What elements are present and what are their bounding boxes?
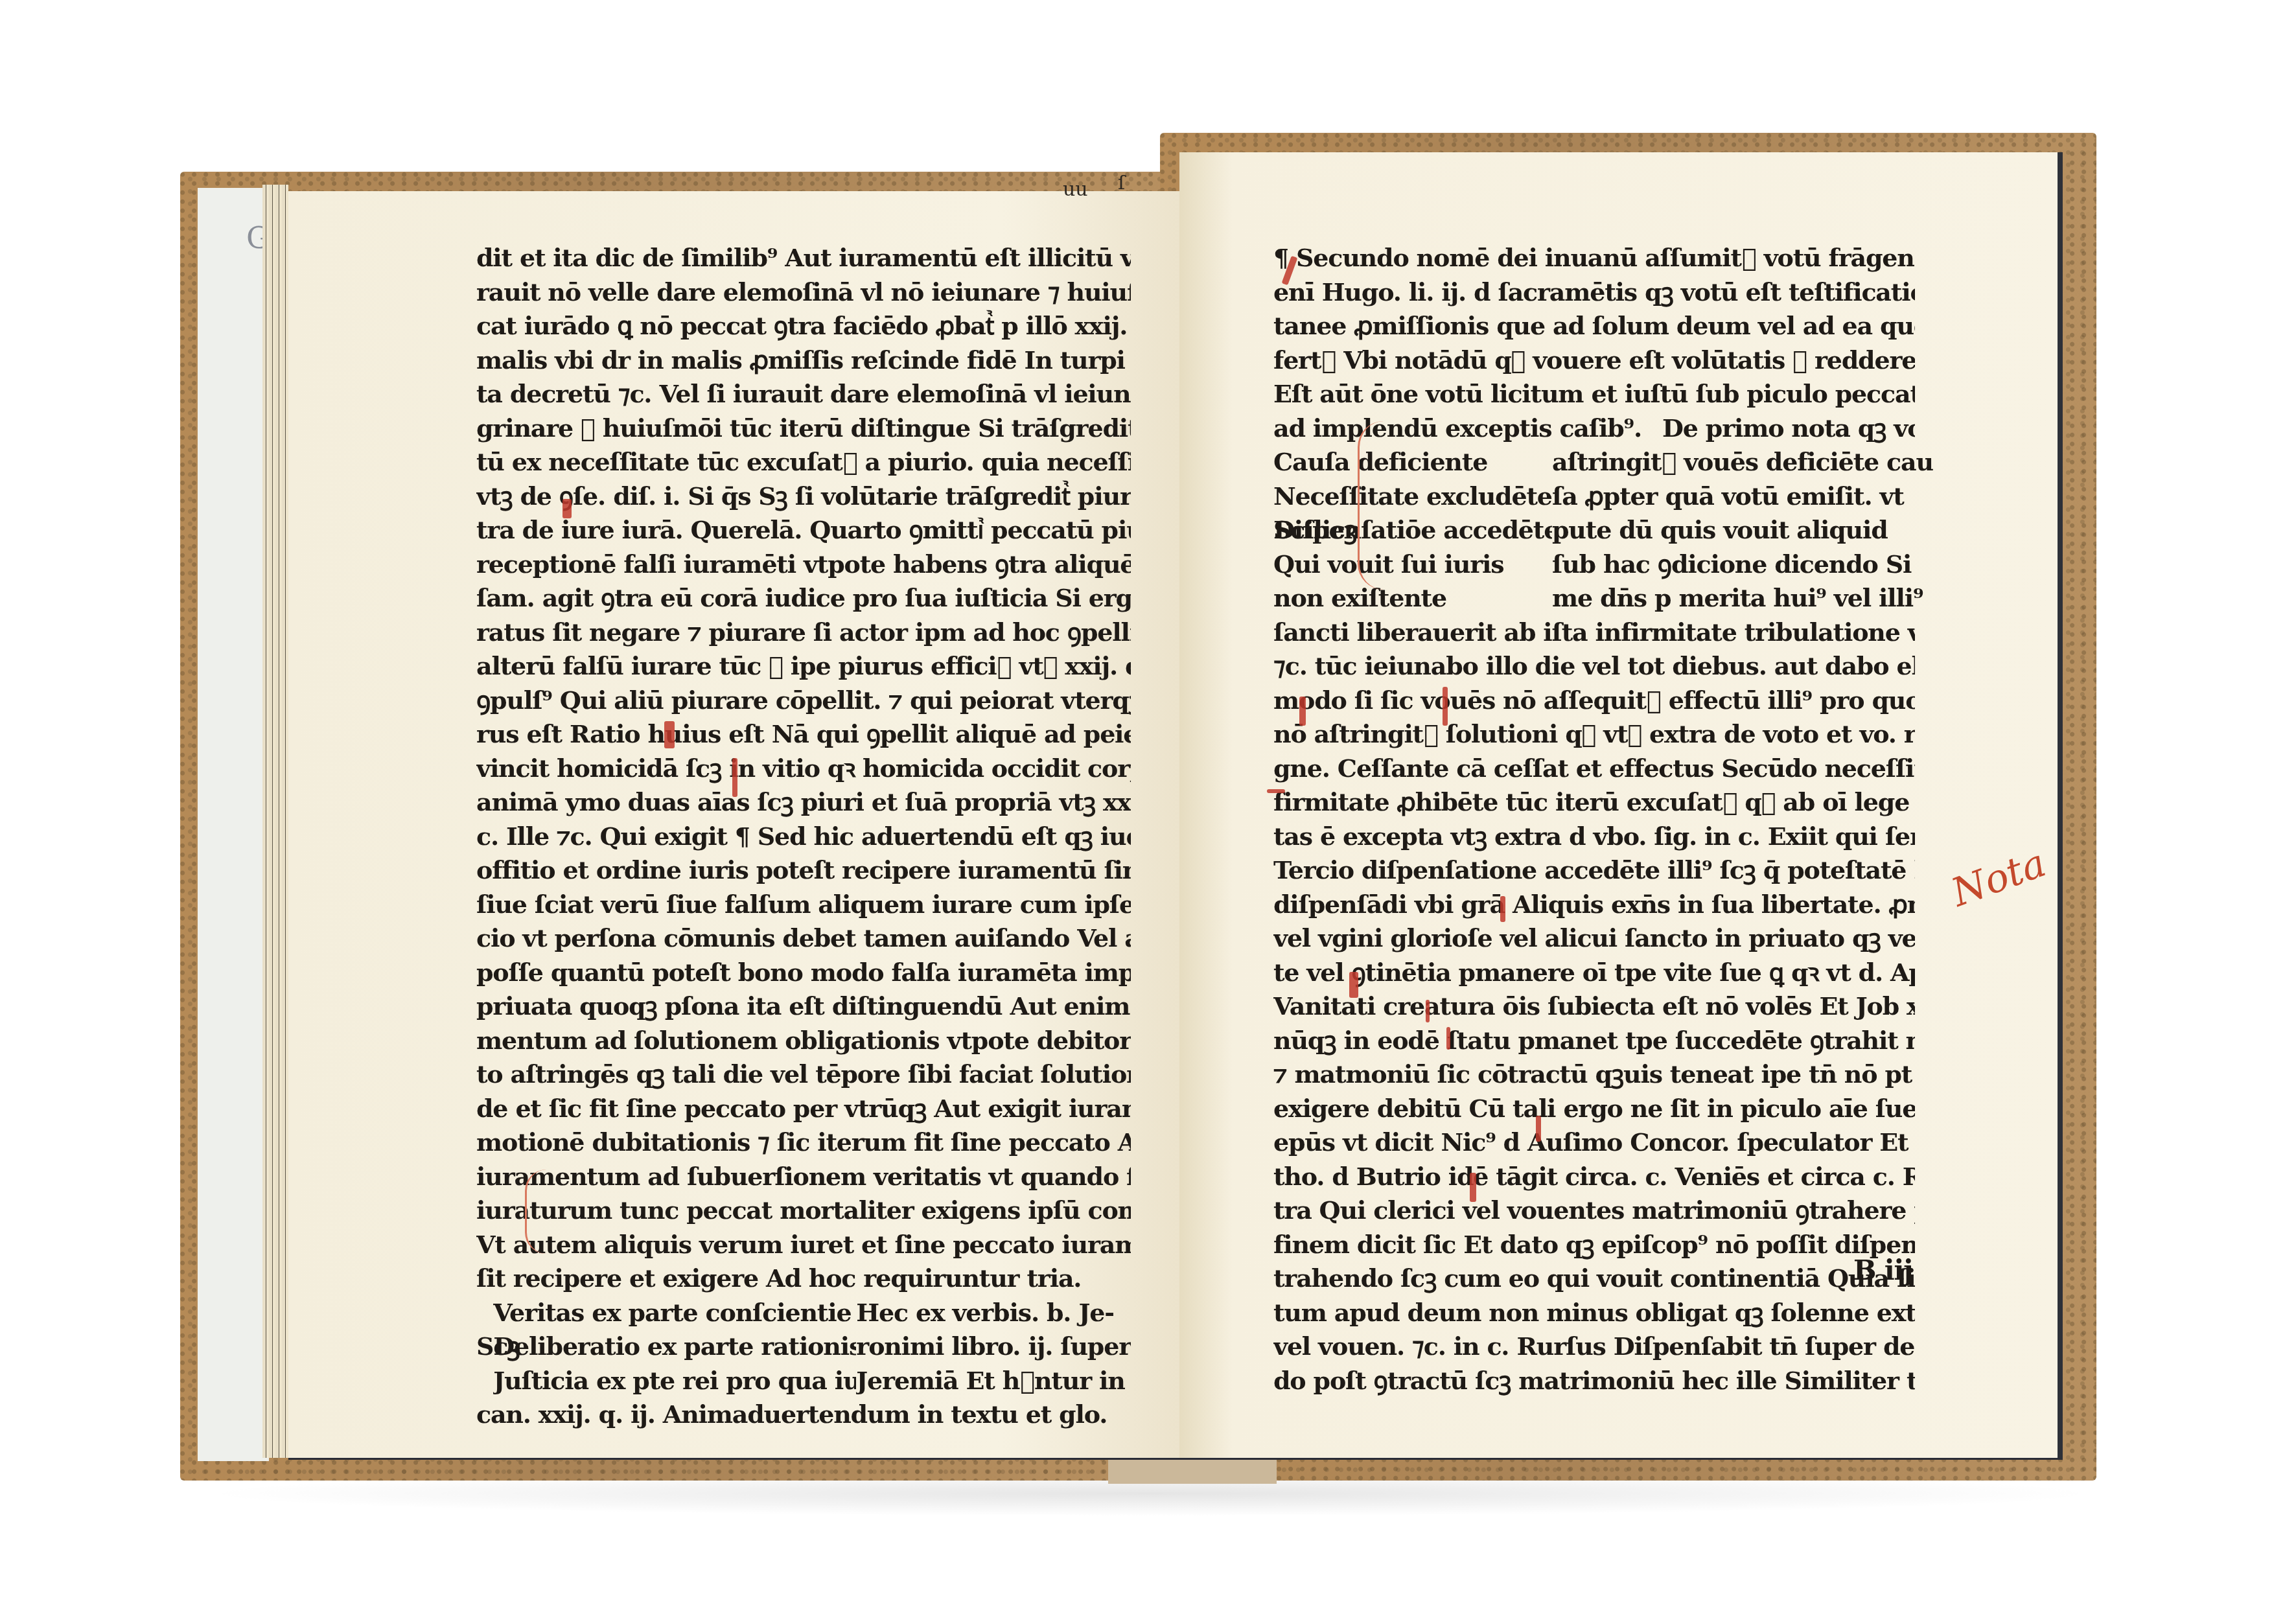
text-line: rus eſt Ratio huius eſt Nā qui ꝯpellit a… [476,717,1131,752]
table-item: Cauſa deficiente [1273,445,1552,479]
text-line: ⁊c. tūc ieiunabo illo die vel tot diebus… [1273,649,1915,684]
red-brace [525,1170,546,1254]
text-line: ſub hac ꝯdicione dicendo Si [1552,548,1933,582]
brace-label: Scilicꝫ [1273,513,1356,548]
right-page-text: ¶ Secundo nomē dei inuanū aſſumitᷣ votū … [1273,241,1915,1398]
text-line: vel vgini glorioſe vel alicui ſancto in … [1273,921,1915,956]
text-line: to aſtringēs qꝫ tali die vel tēpore ſibi… [476,1057,1131,1092]
text-line: ſit recipere et exigere Ad hoc requirunt… [476,1262,1131,1296]
text-line: finem dicit ſic Et dato qꝫ epiſcop⁹ nō p… [1273,1228,1915,1262]
text-line: tho. d Butrio idē tāgit circa. c. Veniēs… [1273,1160,1915,1194]
red-brace [1358,421,1386,590]
text-line: priuata quoqꝫ pſona ita eſt diſtinguendū… [476,989,1131,1024]
text-line: c. Ille ⁊c. Qui exigit ¶ Sed hic aduerte… [476,820,1131,854]
text-line: ꝯpulſ⁹ Qui aliū piurare cōpellit. ⁊ qui … [476,684,1131,718]
text-line: Vanitati creatura ōis ſubiecta eſt nō vo… [1273,989,1915,1024]
text-line: ¶ Secundo nomē dei inuanū aſſumitᷣ votū … [1273,241,1915,275]
text-line: modo ſi ſic vouēs nō aſſequitᷣ effectū i… [1273,684,1915,718]
text-line: tū ex neceſſitate tūc excuſatᷣ a piurio.… [476,445,1131,479]
text-line: dit et ita dic de ſimilib⁹ Aut iuramentū… [476,241,1131,275]
text-line: ratus ſit negare ⁊ piurare ſi actor ipm … [476,616,1131,650]
text-line: De primo nota qꝫ voto non [1662,411,1915,446]
text-line: exigere debitū Cū tali ergo ne ſit in pi… [1273,1092,1915,1126]
text-line: vel vouen. ⁊c. in c. Rurſus Diſpenſabit … [1273,1330,1915,1364]
table-item: Veritas ex parte conſcientie [493,1296,856,1330]
text-line: receptionē falſi iuramēti vtpote habens … [476,548,1131,582]
text-line: vtꝫ de ꝯſe. diſ. i. Si q̄s Sꝫ ſi volūtar… [476,479,1131,514]
left-page-text: dit et ita dic de ſimilib⁹ Aut iuramentū… [476,241,1131,1432]
rubric-stroke [1446,1027,1450,1050]
top-mark-2: ſ [1118,172,1125,194]
page-edges [262,185,288,1458]
text-line: tra de iure iurā. Querelā. Quarto ꝯmitti… [476,513,1131,548]
text-line: tas ē excepta vtꝫ extra d vbo. ſig. in c… [1273,820,1915,854]
text-line: offitio et ordine iuris poteſt recipere … [476,853,1131,888]
text-line: ſa ꝓpter quā votū emiſit. vt [1552,479,1933,514]
text-line: ſancti liberauerit ab iſta infirmitate t… [1273,616,1915,650]
text-line: ad implendū exceptis caſib⁹. [1273,411,1662,446]
text-line: iuraturum tunc peccat mortaliter exigens… [476,1194,1131,1228]
text-line: rauit nō velle dare elemoſinā vl nō ieiu… [476,275,1131,310]
table-item: Neceſſitate excludēte [1273,479,1552,514]
flyleaf [198,188,269,1461]
text-line: tanee ꝓmiſſionis que ad ſolum deum vel a… [1273,309,1915,343]
text-line: nūqꝫ in eodē ſtatu pmanet tpe ſuccedēte … [1273,1024,1915,1058]
text-line: cio vt perſona cōmunis debet tamen auiſa… [476,921,1131,956]
text-line: iuramentum ad ſubuerſionem veritatis vt … [476,1160,1131,1194]
text-line: poſſe quantū poteſt bono modo falſa iura… [476,956,1131,990]
rubric-stroke [1500,896,1505,922]
text-line: Tercio diſpenſatione accedēte illi⁹ ſcꝫ … [1273,853,1915,888]
table-item: Qui vouit ſui iuris [1273,548,1552,582]
rubric-stroke [1470,1173,1476,1202]
table-item: non exiſtente [1273,581,1552,616]
text-line: firmitate ꝓhibēte tūc iterū excuſatᷣ qꝛ … [1273,785,1915,820]
rubric-stroke [1536,1116,1541,1142]
text-line: ta decretū ⁊c. Vel ſi iurauit dare elemo… [476,377,1131,411]
text-line: do poſt ꝯtractū ſcꝫ matrimoniū hec ille … [1273,1364,1915,1398]
text-line: diſpenſādi vbi grā Aliquis exn̄s in ſua … [1273,888,1915,922]
text-line: alterū falſū iurare tūc ⁊ ipe piurus eff… [476,649,1131,684]
text-line: de et ſic fit ſine peccato per vtrūqꝫ Au… [476,1092,1131,1126]
table-item: Deliberatio ex parte rationis [493,1330,856,1364]
text-line: Vt autem aliquis verum iuret et ſine pec… [476,1228,1131,1262]
text-line: ⁊ matmoniū ſic cōtractū qꝫuis teneat ipe… [1273,1057,1915,1092]
top-mark-1: uu [1063,178,1088,201]
text-line: malis vbi dr in malis ꝓmiſſis reſcinde f… [476,343,1131,378]
text-line: fertᷣ Vbi notādū qꝫ vouere eſt volūtatis… [1273,343,1915,378]
brace-label: Scꝫ [476,1330,519,1364]
text-line: pute dū quis vouit aliquid [1552,513,1933,548]
text-line: can. xxij. q. ij. Animaduertendum in tex… [476,1398,1131,1432]
text-line: cat iurādo ꝗ nō peccat ꝯtra faciēdo ꝓbat… [476,309,1131,343]
table-item: Juſticia ex pte rei pro qua iuratᷣ [493,1364,856,1398]
text-line: mentum ad ſolutionem obligationis vtpote… [476,1024,1131,1058]
text-line: animā ymo duas aīas ſcꝫ piuri et ſuā pro… [476,785,1131,820]
spine [1108,1458,1277,1484]
text-line: epūs vt dicit Nic⁹ d Auſimo Concor. ſpec… [1273,1125,1915,1160]
text-line: gne. Ceſſante cā ceſſat et effectus Secū… [1273,752,1915,786]
table-source: ronimi libro. ij. ſuper [856,1330,1131,1364]
rubric-stroke [1426,1000,1430,1022]
text-line: me dn̄s p merita hui⁹ vel illi⁹ [1552,581,1933,616]
rubric-stroke [1443,687,1448,726]
text-line: tra Qui clerici vel vouentes matrimoniū … [1273,1194,1915,1228]
table-source: Hec ex verbis. b. Je- [856,1296,1131,1330]
text-line: nō aſtringitᷣ ſolutioni qꝛ vtꝫ extra de … [1273,717,1915,752]
text-line: te vel ꝯtinētia pmanere oī tpe vite ſue … [1273,956,1915,990]
signature-mark: B iij [1853,1254,1912,1288]
rubric-stroke [1267,789,1285,793]
rubric-stroke [1299,697,1306,726]
text-line: aſtringitᷣ vouēs deficiēte cau [1552,445,1933,479]
text-line: motionē dubitationis ⁊ ſic iterum fit ſi… [476,1125,1131,1160]
text-line: trahendo ſcꝫ cum eo qui vouit continenti… [1273,1262,1915,1296]
text-line: ſam. agit ꝯtra eū corā iudice pro ſua iu… [476,581,1131,616]
rubric-mark [562,499,572,518]
text-line: enī Hugo. li. ij. d ſacramētis qꝫ votū e… [1273,275,1915,310]
text-line: tum apud deum non minus obligat qꝫ ſolen… [1273,1296,1915,1330]
table-source: Jeremiā Et hᷓntur in [856,1364,1131,1398]
text-line: grinare ⁊ huiuſmōi tūc iterū diſtingue S… [476,411,1131,446]
rubric-stroke [732,758,737,797]
text-line: vincit homicidā ſcꝫ in vitio qꝛ homicida… [476,752,1131,786]
rubric-mark [664,721,675,748]
text-line: ſiue ſciat verū ſiue falſum aliquem iura… [476,888,1131,922]
text-line: Eſt aūt ōne votū licitum et iuſtū ſub pi… [1273,377,1915,411]
requirements-table: Scꝫ Veritas ex parte conſcientie Deliber… [476,1296,1131,1398]
rubric-stroke [1349,972,1358,998]
